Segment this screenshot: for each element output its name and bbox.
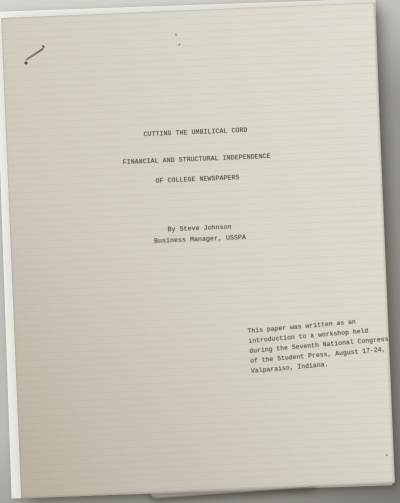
byline-block: By Steve Johnson Business Manager, USSPA (15, 215, 385, 252)
dust-speck-icon (175, 34, 177, 36)
staple-mark-icon (25, 48, 44, 61)
document-title-line-1: CUTTING THE UMBILICAL CORD (11, 120, 380, 144)
dust-speck-icon (178, 44, 180, 46)
typescript-title-page: CUTTING THE UMBILICAL CORD FINANCIAL AND… (1, 2, 395, 498)
dust-speck-icon (386, 454, 388, 456)
document-title-line-2: FINANCIAL AND STRUCTURAL INDEPENDENCE (12, 147, 381, 171)
workshop-note-block: This paper was written as an introductio… (247, 315, 390, 377)
document-title-line-3: OF COLLEGE NEWSPAPERS (13, 167, 382, 191)
